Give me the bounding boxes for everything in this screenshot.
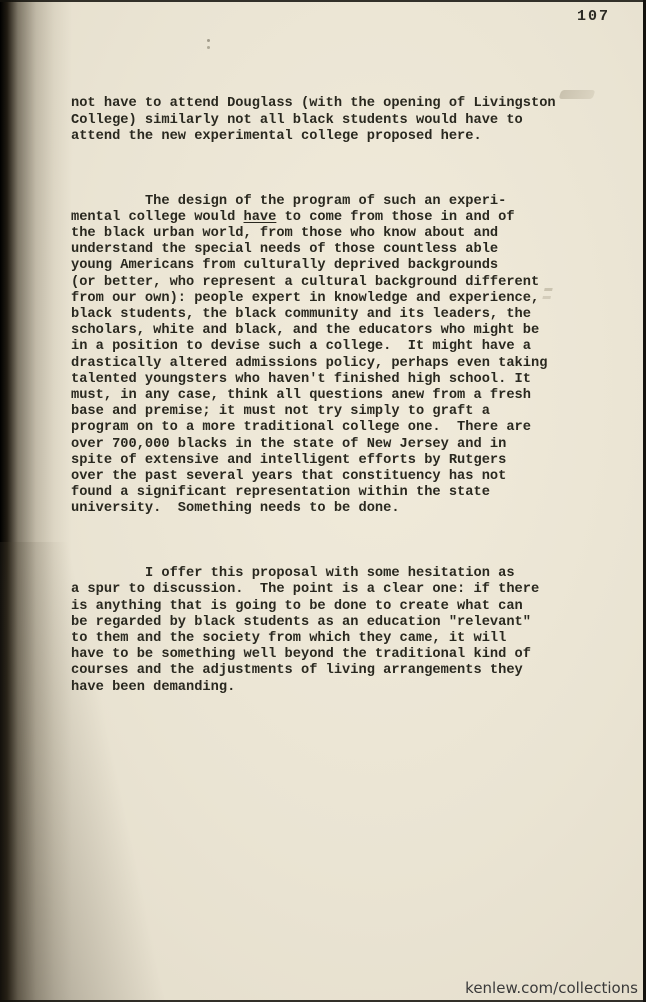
underlined-word: have <box>244 210 277 225</box>
scanned-page: 107 not have to attend Douglass (with th… <box>0 0 646 1002</box>
page-number: 107 <box>577 8 610 25</box>
paragraph-2-post: to come from those in and of the black u… <box>71 210 547 517</box>
paragraph-2: The design of the program of such an exp… <box>71 194 591 518</box>
scan-artifact <box>207 39 210 42</box>
scan-edge-top <box>0 0 646 2</box>
watermark: kenlew.com/collections <box>465 979 638 997</box>
book-gutter-shadow-bottom <box>0 542 170 1002</box>
paragraph-1: not have to attend Douglass (with the op… <box>71 96 591 145</box>
